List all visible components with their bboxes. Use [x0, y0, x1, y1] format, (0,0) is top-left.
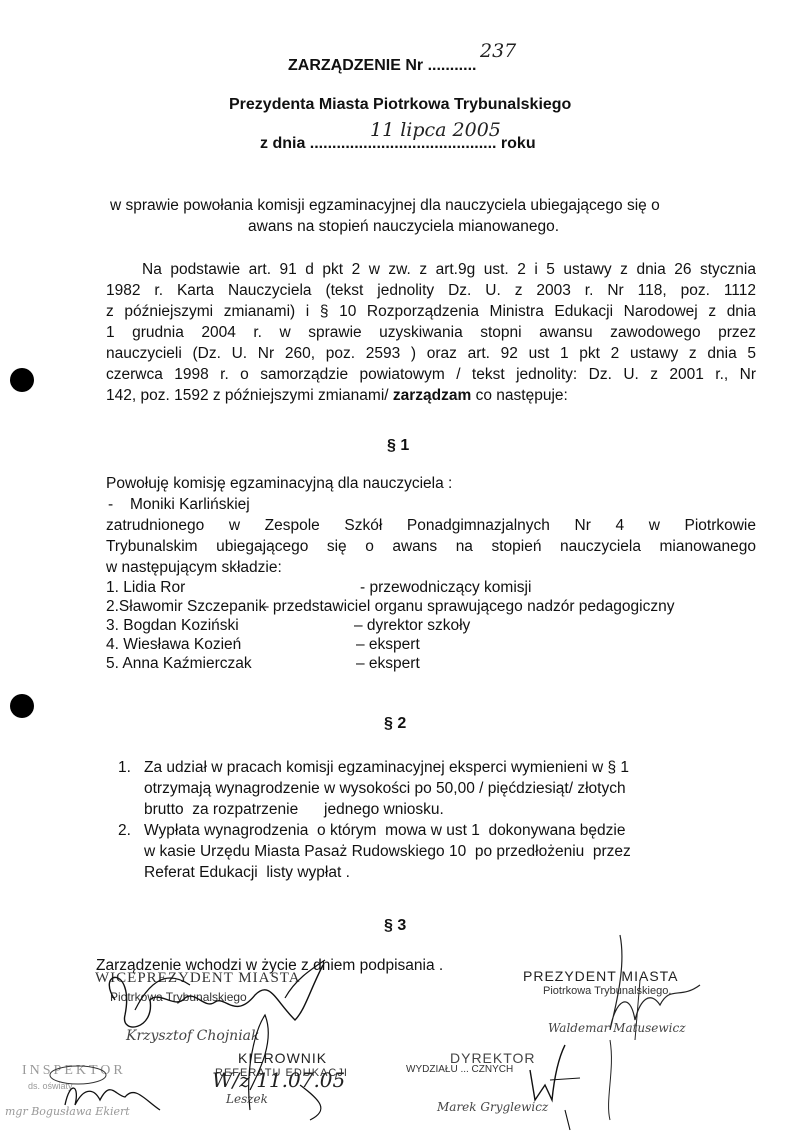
title-prefix: ZARZĄDZENIE Nr	[288, 57, 428, 74]
member-row: 1. Lidia Ror - przewodniczący komisji	[106, 578, 266, 597]
signature-stroke	[280, 960, 330, 1000]
preamble-last-line: 142, poz. 1592 z późniejszymi zmianami/ …	[106, 385, 756, 406]
member-role: – przedstawiciel organu sprawującego nad…	[260, 597, 674, 617]
member-role: – dyrektor szkoły	[354, 616, 470, 636]
section-1-intro: Powołuję komisję egzaminacyjną dla naucz…	[106, 473, 756, 494]
member-row: 4. Wiesława Kozień – ekspert	[106, 635, 266, 654]
preamble-line: czerwca 1998 r. o samorządzie powiatowym…	[106, 364, 756, 385]
list-number: 2.	[118, 820, 131, 841]
subject-line-2: awans na stopień nauczyciela mianowanego…	[248, 216, 559, 237]
preamble-decree-word: zarządzam	[393, 387, 471, 404]
section-2-list: 1. Za udział w pracach komisji egzaminac…	[118, 757, 631, 883]
list-line: Wypłata wynagrodzenia o którym mowa w us…	[144, 820, 631, 841]
president-signature	[580, 930, 720, 1050]
list-number: 1.	[118, 757, 131, 778]
preamble-line: nauczycieli (Dz. U. Nr 260, poz. 2593 ) …	[106, 343, 756, 364]
teacher-dash: -	[106, 494, 130, 515]
member-row: 5. Anna Kaźmierczak – ekspert	[106, 654, 266, 673]
member-role: – ekspert	[356, 654, 420, 674]
order-number-handwritten: 237	[480, 40, 516, 62]
member-role: – ekspert	[356, 635, 420, 655]
member-name: 2.Sławomir Szczepanik	[106, 598, 266, 615]
document-title: ZARZĄDZENIE Nr ...........	[288, 57, 476, 75]
list-line: Za udział w pracach komisji egzaminacyjn…	[144, 757, 631, 778]
preamble-line: z późniejszymi zmianami) i § 10 Rozporzą…	[106, 301, 756, 322]
section-1-heading: § 1	[387, 437, 409, 455]
document-subtitle: Prezydenta Miasta Piotrkowa Trybunalskie…	[229, 96, 571, 114]
member-name: 3. Bogdan Koziński	[106, 617, 239, 634]
section-1-body: Powołuję komisję egzaminacyjną dla naucz…	[106, 473, 756, 578]
preamble-line: 1 grudnia 2004 r. w sprawie uzyskiwania …	[106, 322, 756, 343]
section-3-heading: § 3	[384, 917, 406, 935]
preamble-last-start: 142, poz. 1592 z późniejszymi zmianami/	[106, 387, 393, 404]
head-signature	[230, 1010, 340, 1120]
committee-members: 1. Lidia Ror - przewodniczący komisji 2.…	[106, 578, 266, 673]
date-prefix: z dnia	[260, 135, 310, 152]
member-row: 2.Sławomir Szczepanik – przedstawiciel o…	[106, 597, 266, 616]
date-suffix: roku	[496, 135, 535, 152]
director-signature	[520, 1040, 620, 1130]
preamble-line: Na podstawie art. 91 d pkt 2 w zw. z art…	[106, 259, 756, 280]
preamble: Na podstawie art. 91 d pkt 2 w zw. z art…	[106, 259, 756, 406]
punch-hole-top	[10, 368, 34, 392]
preamble-line: 1982 r. Karta Nauczyciela (tekst jednoli…	[106, 280, 756, 301]
section-2-heading: § 2	[384, 715, 406, 733]
teacher-line: -Moniki Karlińskiej	[106, 494, 756, 515]
composition-intro: w następującym składzie:	[106, 557, 756, 578]
list-line: brutto za rozpatrzenie jednego wniosku.	[144, 799, 631, 820]
inspector-signature	[50, 1065, 170, 1110]
preamble-last-end: co następuje:	[471, 387, 568, 404]
member-name: 4. Wiesława Kozień	[106, 636, 241, 653]
list-item: 1. Za udział w pracach komisji egzaminac…	[118, 757, 631, 820]
punch-hole-bottom	[10, 694, 34, 718]
member-name: 5. Anna Kaźmierczak	[106, 655, 252, 672]
director-stamp-subtitle: WYDZIAŁU ... CZNYCH	[406, 1064, 513, 1075]
employment-line: zatrudnionego w Zespole Szkół Ponadgimna…	[106, 515, 756, 536]
member-name: 1. Lidia Ror	[106, 579, 185, 596]
member-role: - przewodniczący komisji	[360, 578, 531, 598]
teacher-name: Moniki Karlińskiej	[130, 496, 250, 513]
list-line: Referat Edukacji listy wypłat .	[144, 862, 631, 883]
list-line: otrzymają wynagrodzenie w wysokości po 5…	[144, 778, 631, 799]
subject-line-1: w sprawie powołania komisji egzaminacyjn…	[110, 195, 660, 216]
employment-line: Trybunalskim ubiegającego się o awans na…	[106, 536, 756, 557]
title-dots: ...........	[428, 57, 477, 74]
list-line: w kasie Urzędu Miasta Pasaż Rudowskiego …	[144, 841, 631, 862]
date-handwritten: 11 lipca 2005	[370, 119, 501, 141]
list-item: 2. Wypłata wynagrodzenia o którym mowa w…	[118, 820, 631, 883]
member-row: 3. Bogdan Koziński – dyrektor szkoły	[106, 616, 266, 635]
